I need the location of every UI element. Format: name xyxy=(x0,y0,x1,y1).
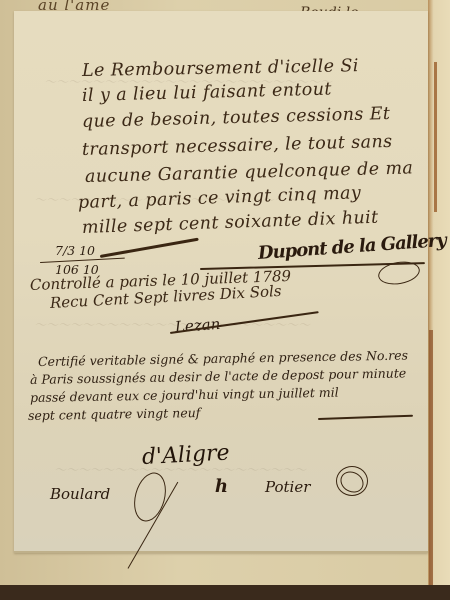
signature-potier: Potier xyxy=(265,478,310,496)
margin-amount: 7/3 10 xyxy=(55,243,95,258)
fold-stain-upper xyxy=(434,62,437,212)
certification-line: sept cent quatre vingt neuf xyxy=(28,405,201,423)
table-surface xyxy=(0,585,450,600)
signature-boulard: Boulard xyxy=(50,485,110,503)
signature-daligre: d'Aligre xyxy=(141,440,230,470)
fold-stain-lower xyxy=(429,330,433,585)
mark-glyph: ℎ xyxy=(215,476,228,497)
